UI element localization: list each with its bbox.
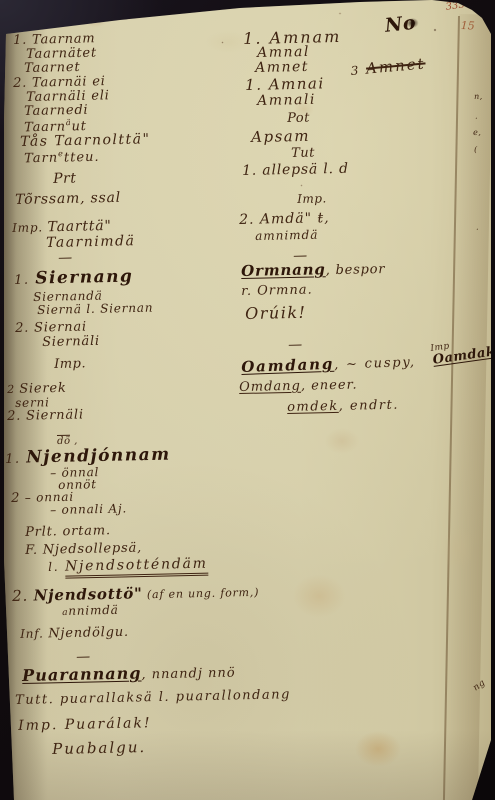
manuscript-text-part: 1. <box>5 452 26 467</box>
ink-blot <box>404 16 421 30</box>
entry-line: Siernäli <box>42 335 100 351</box>
manuscript-text-part: 2. Amdä" ŧ, <box>239 210 330 228</box>
entry-line: 2. Njendsottö" (af en ung. form,) <box>12 583 259 605</box>
entry-line: l. Njendsotténdäm <box>48 557 208 576</box>
label-line: Tut <box>291 147 315 162</box>
manuscript-photo: 333 15 1. TaarnamTaarnätetTaarnet2. Taar… <box>0 0 495 800</box>
manuscript-page: 333 15 1. TaarnamTaarnätetTaarnet2. Taar… <box>0 0 495 800</box>
manuscript-text-part: r. Ormna. <box>241 283 313 299</box>
manuscript-text-part: 1. <box>14 273 35 288</box>
entry-heading: Puarannang, nnandj nnö <box>22 663 236 686</box>
manuscript-text-part: · <box>475 114 478 123</box>
manuscript-text-part: (af en ung. form,) <box>143 586 260 601</box>
manuscript-text-part: 2. <box>12 587 34 605</box>
entry-line: 1. allepsä l. d <box>242 162 349 180</box>
manuscript-text-part: 2 <box>11 491 20 506</box>
page-edge-mark: ( <box>474 146 478 155</box>
manuscript-text-part: Taarnimdä <box>46 233 136 251</box>
stain <box>346 724 410 774</box>
page-edge-mark: n, <box>474 93 483 102</box>
entry-line: – onnali Aj. <box>50 502 127 517</box>
page-edge-mark: e, <box>473 129 481 138</box>
entry-line: Taarnedi <box>24 104 89 120</box>
manuscript-text-part: , bespor <box>325 262 385 278</box>
entry-line: Puabalgu. <box>52 739 146 757</box>
ink-speck <box>300 184 303 187</box>
page-edge-mark: · <box>475 115 478 124</box>
manuscript-text-part: Ormnang <box>241 260 326 280</box>
manuscript-text-part: Tõrssam, ssal <box>15 190 121 208</box>
ink-speck <box>433 28 437 32</box>
page-top-shadow <box>0 0 495 30</box>
manuscript-text-part: — <box>58 250 73 266</box>
entry-line: Tutt. puarallaksä l. puarallondang <box>15 688 291 708</box>
manuscript-text-part: Tarn <box>24 151 58 167</box>
manuscript-text-part: e, <box>473 128 481 137</box>
entry-line: Imp. Puarálak! <box>18 716 152 734</box>
entry-line: omdek, endrt. <box>287 399 399 416</box>
entry-line: Omdang, eneer. <box>239 379 358 396</box>
manuscript-text-part: dö <box>57 435 71 447</box>
label-line: Imp. <box>54 357 86 372</box>
manuscript-text-part: , nnandj nnö <box>141 666 235 683</box>
entry-heading: 1. Siernang <box>14 268 134 289</box>
entry-line: r. Ormna. <box>241 284 313 300</box>
manuscript-text-part: Imp. <box>297 191 327 206</box>
entry-heading: Ormnang, bespor <box>241 260 386 280</box>
entry-line: Orúik! <box>245 304 307 323</box>
ink-speck <box>338 12 342 15</box>
manuscript-text-part: — <box>76 649 91 665</box>
stain <box>436 516 480 580</box>
manuscript-text-part: Taarnet <box>24 60 81 76</box>
manuscript-text-part: Apsam <box>251 127 310 146</box>
entry-line: Tarnetteu. <box>24 149 100 166</box>
stain <box>196 26 260 58</box>
manuscript-text-part: , <box>70 436 78 447</box>
entry-line: annimdä <box>62 604 119 619</box>
separator-dash: — <box>58 251 73 267</box>
manuscript-text-part: Taarnedi <box>24 103 89 119</box>
manuscript-text-part: Imp. Puarálak! <box>18 715 152 734</box>
manuscript-text-part: Sierek <box>19 381 67 397</box>
manuscript-text-part: Amnet <box>365 54 426 77</box>
stain <box>78 10 112 30</box>
stain <box>282 566 356 626</box>
entry-line: 2. Amdä" ŧ, <box>239 211 330 228</box>
manuscript-text-part: – onnali Aj. <box>50 501 127 517</box>
entry-line: Taarnimdä <box>46 234 136 251</box>
manuscript-text-part: omdek <box>287 399 339 415</box>
manuscript-text-part: Njendsotténdäm <box>65 556 208 579</box>
label-line: Prt <box>53 172 77 188</box>
manuscript-text-part: Amnet <box>255 59 309 76</box>
manuscript-text-part: Siernä l. Siernan <box>37 301 153 317</box>
entry-line: Prlt. ortam. <box>25 524 111 540</box>
entry-line: F. Njedsollepsä, <box>25 542 142 559</box>
manuscript-text-part: Orúik! <box>245 303 307 323</box>
manuscript-text-part: l. <box>48 560 65 574</box>
manuscript-text-part: F. Njedsollepsä, <box>25 541 142 558</box>
manuscript-text-part: Prt <box>53 171 77 187</box>
manuscript-text-part: Puabalgu. <box>52 738 146 758</box>
entry-heading: Oamdang, ~ cuspy, <box>241 353 416 376</box>
manuscript-text-part: 2. Siernäli <box>7 407 84 424</box>
manuscript-text-part: n, <box>474 92 483 101</box>
manuscript-text-part: Njendölgu. <box>48 625 129 642</box>
manuscript-text-part: nnimdä <box>68 603 119 618</box>
superscript-note: dö , <box>57 436 78 447</box>
manuscript-text-part: Puarannang <box>22 664 142 685</box>
label-line: Imp. <box>297 192 327 206</box>
edge-page-number: 15 <box>461 19 475 32</box>
entry-line: 1. Amnai <box>245 75 325 93</box>
manuscript-text-part: Inf. <box>20 626 48 641</box>
entry-line: Tõrssam, ssal <box>15 191 121 209</box>
manuscript-text-part: Tås Taarnolttä" <box>20 131 151 150</box>
manuscript-text-part: Njendsottö" <box>33 584 142 604</box>
stain <box>318 423 366 459</box>
manuscript-text-part: Omdang <box>239 379 301 395</box>
manuscript-text-part: Tut <box>291 146 315 161</box>
manuscript-text-part: ( <box>474 145 478 154</box>
manuscript-text-part: Imp. <box>54 356 86 372</box>
manuscript-text-part: 3 <box>350 63 367 78</box>
page-number-red: 333 <box>445 0 465 13</box>
manuscript-text-part: , endrt. <box>339 398 400 414</box>
entry-line: Apsam <box>251 128 310 146</box>
manuscript-text-part: Siernäli <box>42 334 100 350</box>
stain <box>290 98 318 120</box>
page-edge-mark: · <box>476 226 479 235</box>
manuscript-text-part: , ~ cuspy, <box>334 355 416 373</box>
manuscript-text-part: Taarttä" <box>47 218 111 235</box>
manuscript-text-part: · <box>476 225 479 234</box>
entry-line: Inf. Njendölgu. <box>20 626 129 643</box>
entry-line: Tås Taarnolttä" <box>20 132 151 150</box>
entry-line: amnimdä <box>255 229 319 244</box>
manuscript-text-part: amnimdä <box>255 228 319 243</box>
manuscript-text-part: 2 <box>7 383 19 396</box>
separator-dash: — <box>76 650 91 666</box>
manuscript-text-part: tteu. <box>64 150 100 166</box>
manuscript-text-part: , eneer. <box>301 378 358 394</box>
manuscript-text-part: Oamdang <box>241 355 334 376</box>
manuscript-text-part: Prlt. ortam. <box>25 523 111 540</box>
manuscript-text-part: Siernang <box>35 267 134 289</box>
separator-dash: — <box>288 338 303 354</box>
entry-line: 2. Siernäli <box>7 408 84 424</box>
manuscript-text-part: Imp. <box>12 220 48 235</box>
crossed-out-note: 3 Amnet <box>350 55 426 78</box>
ink-speck <box>221 41 224 44</box>
manuscript-text-part: — <box>288 337 303 353</box>
entry-line: Siernä l. Siernan <box>37 302 153 318</box>
manuscript-text-part: 1. allepsä l. d <box>242 161 349 179</box>
